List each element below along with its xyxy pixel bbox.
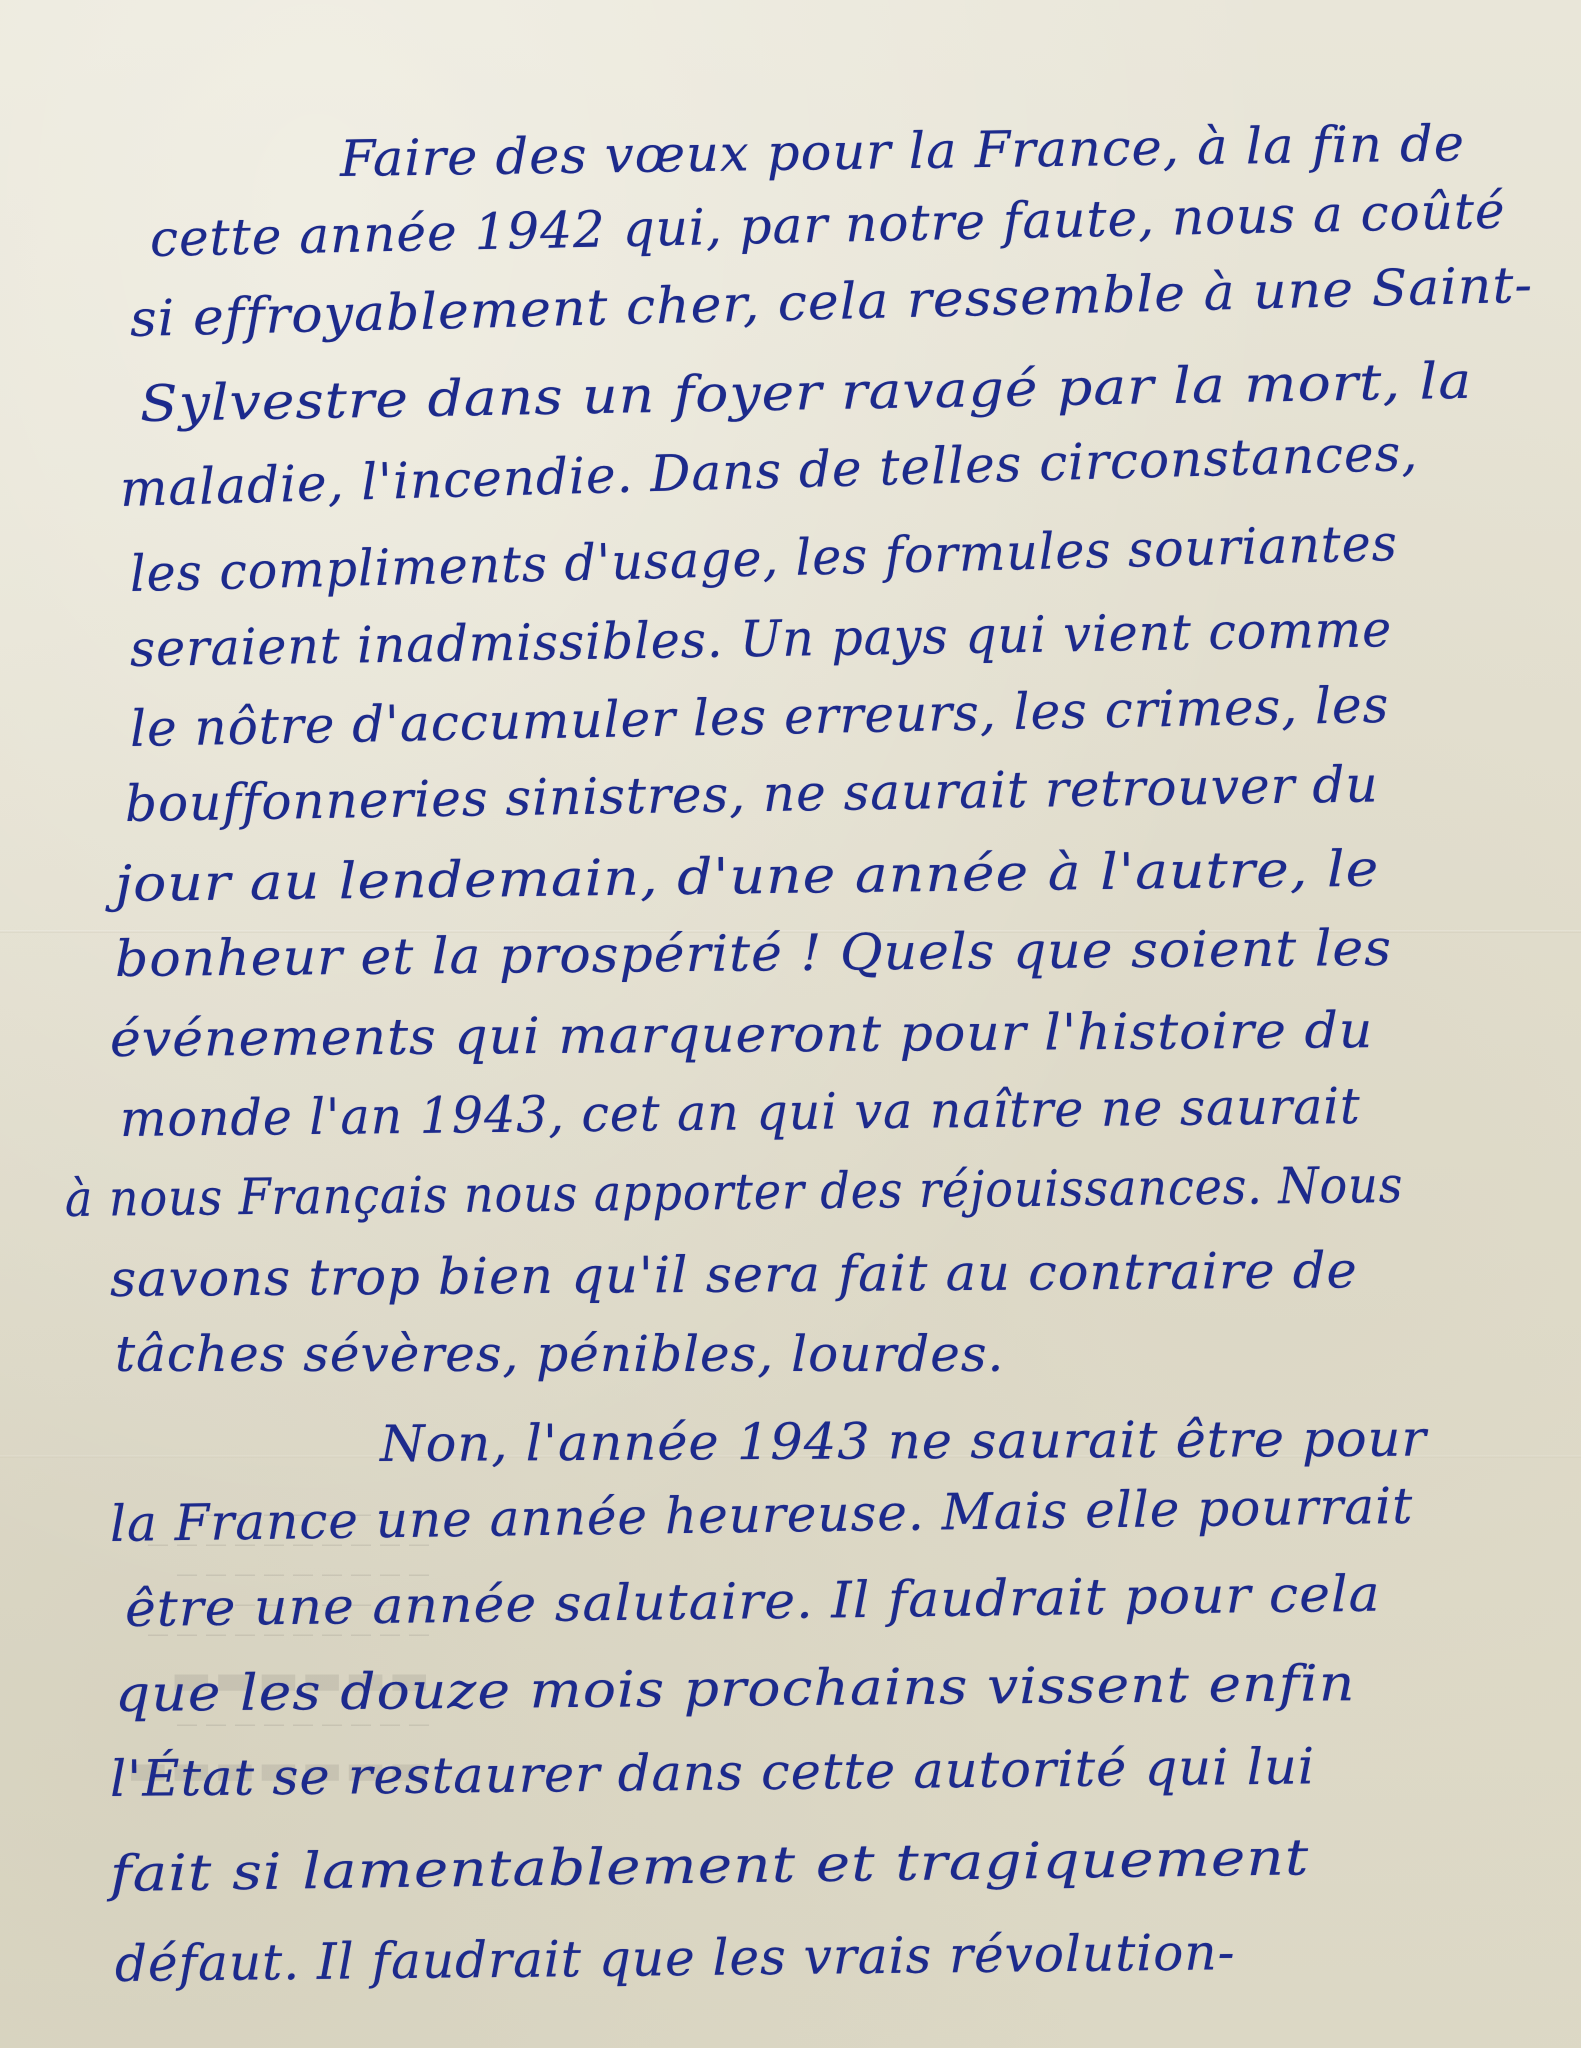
letter-line: maladie, l'incendie. Dans de telles circ… (119, 424, 1419, 518)
letter-line: le nôtre d'accumuler les erreurs, les cr… (129, 676, 1389, 758)
letter-line: que les douze mois prochains vissent enf… (115, 1654, 1356, 1723)
letter-line: défaut. Il faudrait que les vrais révolu… (115, 1923, 1236, 1993)
letter-line: Faire des vœux pour la France, à la fin … (340, 114, 1466, 188)
letter-line: savons trop bien qu'il sera fait au cont… (110, 1241, 1358, 1308)
letter-line: bouffonneries sinistres, ne saurait retr… (125, 755, 1379, 833)
letter-line: jour au lendemain, d'une année à l'autre… (115, 840, 1380, 913)
letter-line: les compliments d'usage, les formules so… (129, 514, 1398, 603)
letter-line: événements qui marqueront pour l'histoir… (110, 1001, 1374, 1068)
letter-line: Sylvestre dans un foyer ravagé par la mo… (139, 352, 1472, 433)
letter-line: fait si lamentablement et tragiquement (110, 1828, 1310, 1903)
letter-line: Non, l'année 1943 ne saurait être pour (380, 1410, 1427, 1473)
letter-line: tâches sévères, pénibles, lourdes. (115, 1325, 1004, 1383)
handwritten-letter: Faire des vœux pour la France, à la fin … (0, 0, 1581, 2048)
letter-line: monde l'an 1943, cet an qui va naître ne… (120, 1077, 1361, 1148)
letter-line: si effroyablement cher, cela ressemble à… (129, 256, 1533, 348)
letter-line: seraient inadmissibles. Un pays qui vien… (130, 600, 1393, 678)
letter-line: l'État se restaurer dans cette autorité … (110, 1737, 1316, 1808)
letter-line: la France une année heureuse. Mais elle … (110, 1477, 1414, 1553)
letter-line: bonheur et la prospérité ! Quels que soi… (115, 919, 1392, 988)
letter-line: être une année salutaire. Il faudrait po… (125, 1565, 1381, 1638)
letter-line: cette année 1942 qui, par notre faute, n… (149, 182, 1506, 268)
letter-line: à nous Français nous apporter des réjoui… (65, 1156, 1404, 1228)
